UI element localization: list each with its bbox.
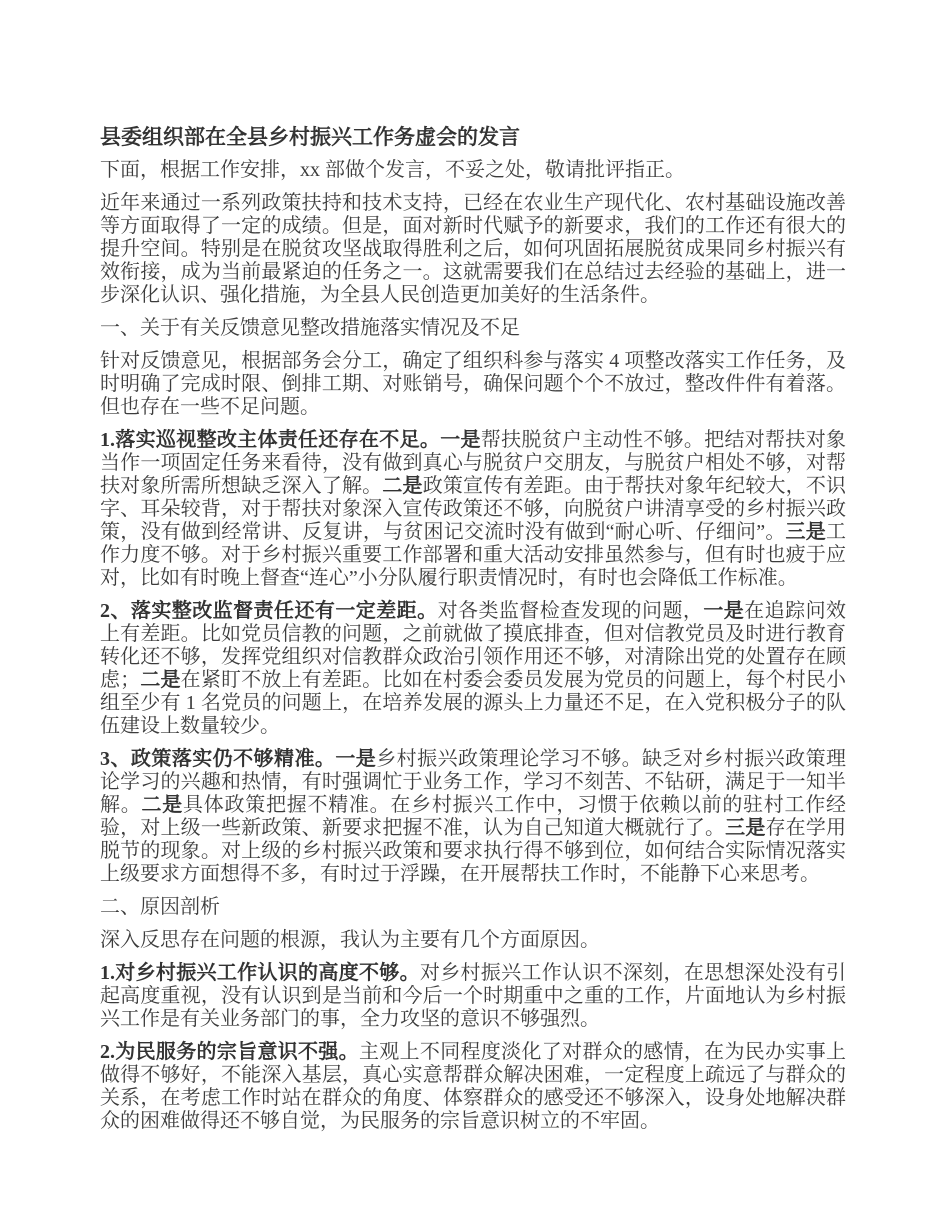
text-run: 对各类监督检查发现的问题，: [438, 600, 704, 622]
text-run-bold: 二是: [382, 475, 422, 497]
paragraph: 深入反思存在问题的根源，我认为主要有几个方面原因。: [100, 929, 846, 952]
paragraph: 1.对乡村振兴工作认识的高度不够。对乡村振兴工作认识不深刻，在思想深处没有引起高…: [100, 962, 846, 1031]
paragraph: 1.落实巡视整改主体责任还存在不足。一是帮扶脱贫户主动性不够。把结对帮扶对象当作…: [100, 429, 846, 590]
section-heading: 二、原因剖析: [100, 896, 846, 919]
section-heading: 一、关于有关反馈意见整改措施落实情况及不足: [100, 317, 846, 340]
document-page: 县委组织部在全县乡村振兴工作务虚会的发言 下面，根据工作安排，xx 部做个发言，…: [100, 126, 846, 1143]
paragraph: 2、落实整改监督责任还有一定差距。对各类监督检查发现的问题，一是在追踪问效上有差…: [100, 600, 846, 738]
text-run: 下面，根据工作安排，xx 部做个发言，不妥之处，敬请批评指正。: [100, 159, 685, 181]
text-run-bold: 2、落实整改监督责任还有一定差距。: [100, 600, 438, 622]
document-title: 县委组织部在全县乡村振兴工作务虚会的发言: [100, 126, 846, 149]
text-run: 深入反思存在问题的根源，我认为主要有几个方面原因。: [100, 929, 600, 951]
document-body: 下面，根据工作安排，xx 部做个发言，不妥之处，敬请批评指正。近年来通过一系列政…: [100, 159, 846, 1133]
text-run-bold: 二是: [140, 669, 181, 691]
text-run: 针对反馈意见，根据部务会分工，确定了组织科参与落实 4 项整改落实工作任务，及时…: [100, 350, 846, 418]
text-run-bold: 二是: [142, 794, 184, 816]
text-run-bold: 3、政策落实仍不够精准。一是: [100, 748, 376, 770]
paragraph: 2.为民服务的宗旨意识不强。主观上不同程度淡化了对群众的感情，在为民办实事上做得…: [100, 1041, 846, 1133]
document-canvas: 县委组织部在全县乡村振兴工作务虚会的发言 下面，根据工作安排，xx 部做个发言，…: [0, 0, 950, 1230]
paragraph: 下面，根据工作安排，xx 部做个发言，不妥之处，敬请批评指正。: [100, 159, 846, 182]
paragraph: 近年来通过一系列政策扶持和技术支持，已经在农业生产现代化、农村基础设施改善等方面…: [100, 192, 846, 307]
paragraph: 针对反馈意见，根据部务会分工，确定了组织科参与落实 4 项整改落实工作任务，及时…: [100, 350, 846, 419]
text-run: 一、关于有关反馈意见整改措施落实情况及不足: [100, 317, 520, 339]
text-run-bold: 1.落实巡视整改主体责任还存在不足。一是: [100, 429, 481, 451]
text-run: 二、原因剖析: [100, 896, 220, 918]
text-run-bold: 三是: [725, 817, 765, 839]
text-run-bold: 1.对乡村振兴工作认识的高度不够。: [100, 962, 420, 984]
paragraph: 3、政策落实仍不够精准。一是乡村振兴政策理论学习不够。缺乏对乡村振兴政策理论学习…: [100, 748, 846, 886]
text-run-bold: 三是: [786, 521, 826, 543]
text-run-bold: 2.为民服务的宗旨意识不强。: [100, 1041, 359, 1063]
text-run: 在紧盯不放上有差距。比如在村委会委员发展为党员的问题上，每个村民小组至少有 1 …: [100, 669, 846, 737]
text-run-bold: 一是: [703, 600, 744, 622]
text-run: 近年来通过一系列政策扶持和技术支持，已经在农业生产现代化、农村基础设施改善等方面…: [100, 192, 846, 306]
